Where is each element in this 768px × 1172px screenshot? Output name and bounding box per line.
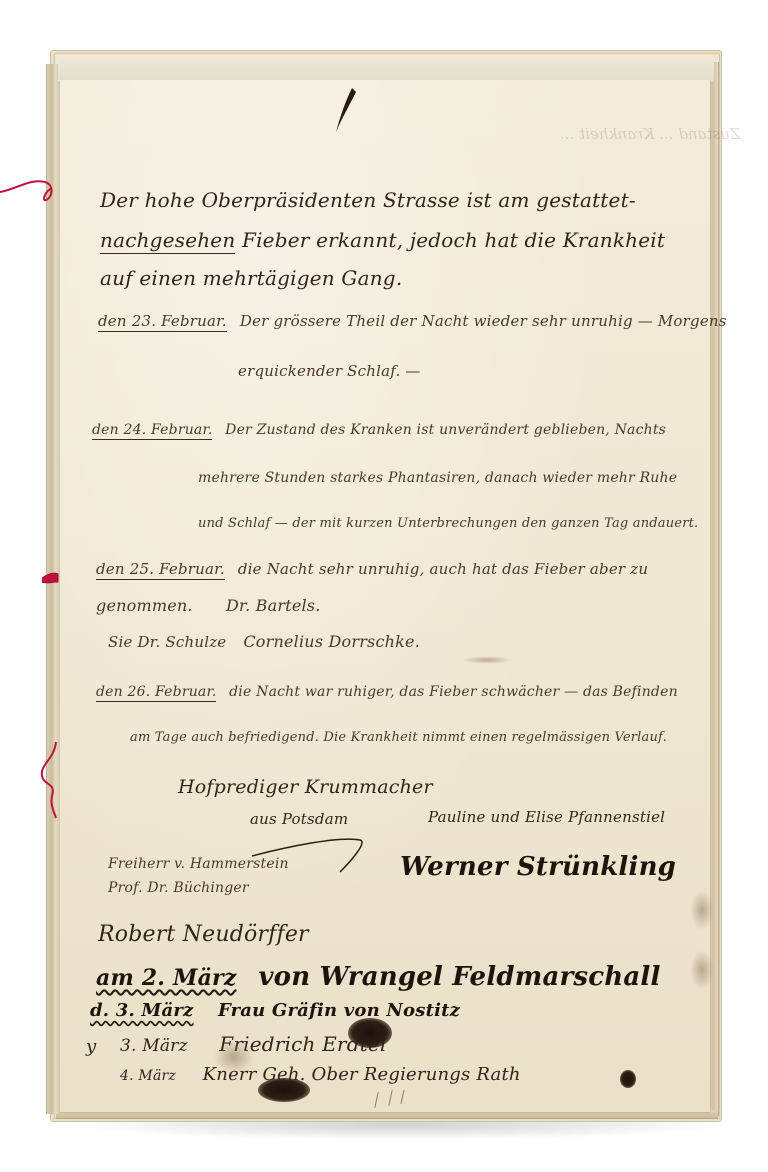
entry-date: den 25. Februar. [96,560,225,580]
signature-struenkling: Werner Strünkling [400,852,676,882]
entry-feb-23-line-1: den 23. Februar. Der grössere Theil der … [98,312,727,332]
signature-pfannenstiel: Pauline und Elise Pfannenstiel [428,808,665,826]
opening-line-3: auf einen mehrtägigen Gang. [100,266,402,290]
entry-date: den 26. Februar. [96,684,216,702]
ink-smudge [214,1040,254,1074]
entry-text: die Nacht war ruhiger, das Fieber schwäc… [229,684,678,700]
signature-neudoerffer: Robert Neudörffer [98,922,309,947]
entry-date: den 24. Februar. [92,422,212,440]
opening-line-2-text: Fieber erkannt, jedoch hat die Krankheit [242,228,665,252]
opening-line-2: nachgesehen Fieber erkannt, jedoch hat d… [100,228,665,252]
entry-text: von Wrangel Feldmarschall [258,962,660,992]
opening-line-2-underlined: nachgesehen [100,228,235,254]
signature: Cornelius Dorrschke. [243,632,420,651]
entry-text: Frau Gräfin von Nostitz [218,1000,460,1021]
ink-smudge [462,656,512,664]
entry-date: d. 3. März [90,1000,193,1021]
entry-text: Sie Dr. Schulze [108,633,226,651]
entry-feb-24-line-3: und Schlaf — der mit kurzen Unterbrechun… [198,516,698,531]
entry-feb-25-line-2: genommen. Dr. Bartels. [96,596,321,615]
signature-krummacher: Hofprediger Krummacher [178,776,433,798]
opening-line-1: Der hohe Oberpräsidenten Strasse ist am … [100,188,636,212]
margin-mark: y [86,1036,96,1057]
ink-blot [258,1078,310,1102]
signature-hammerstein: Freiherr v. Hammerstein [108,856,289,872]
edge-stain [690,890,714,930]
edge-stain [690,950,714,990]
entry-date: 3. März [120,1036,188,1056]
march-entry-2: am 2. März von Wrangel Feldmarschall [96,962,661,992]
entry-text: Knerr Geh. Ober Regierungs Rath [203,1064,521,1085]
entry-feb-24-line-1: den 24. Februar. Der Zustand des Kranken… [92,422,666,440]
entry-feb-25-line-1: den 25. Februar. die Nacht sehr unruhig,… [96,560,648,580]
entry-feb-25-line-3: Sie Dr. Schulze Cornelius Dorrschke. [108,632,420,651]
ink-blot [620,1070,636,1088]
entry-text: genommen. [96,596,193,615]
signature-buechinger: Prof. Dr. Büchinger [108,880,249,896]
entry-text: Der grössere Theil der Nacht wieder sehr… [240,312,727,330]
entry-feb-26-line-2: am Tage auch befriedigend. Die Krankheit… [130,730,667,745]
bleed-through-text: Zustand ... Krankheit ... [560,125,740,143]
march-entry-4: 4. März Knerr Geh. Ober Regierungs Rath [120,1064,521,1085]
doctor-signature: Dr. Bartels. [226,596,321,615]
entry-feb-26-line-1: den 26. Februar. die Nacht war ruhiger, … [96,684,678,702]
ink-blot [348,1018,392,1048]
march-entry-3a: d. 3. März Frau Gräfin von Nostitz [90,1000,460,1021]
entry-date: 4. März [120,1068,176,1084]
opening-line-1-text: Der hohe Oberpräsidenten Strasse ist am … [100,188,636,212]
entry-feb-23-line-2: erquickender Schlaf. — [238,362,421,380]
entry-text: die Nacht sehr unruhig, auch hat das Fie… [238,560,648,578]
entry-date: am 2. März [96,965,237,991]
entry-feb-24-line-2: mehrere Stunden starkes Phantasiren, dan… [198,470,677,486]
entry-text: Der Zustand des Kranken ist unverändert … [225,422,666,438]
entry-date: den 23. Februar. [98,312,227,332]
